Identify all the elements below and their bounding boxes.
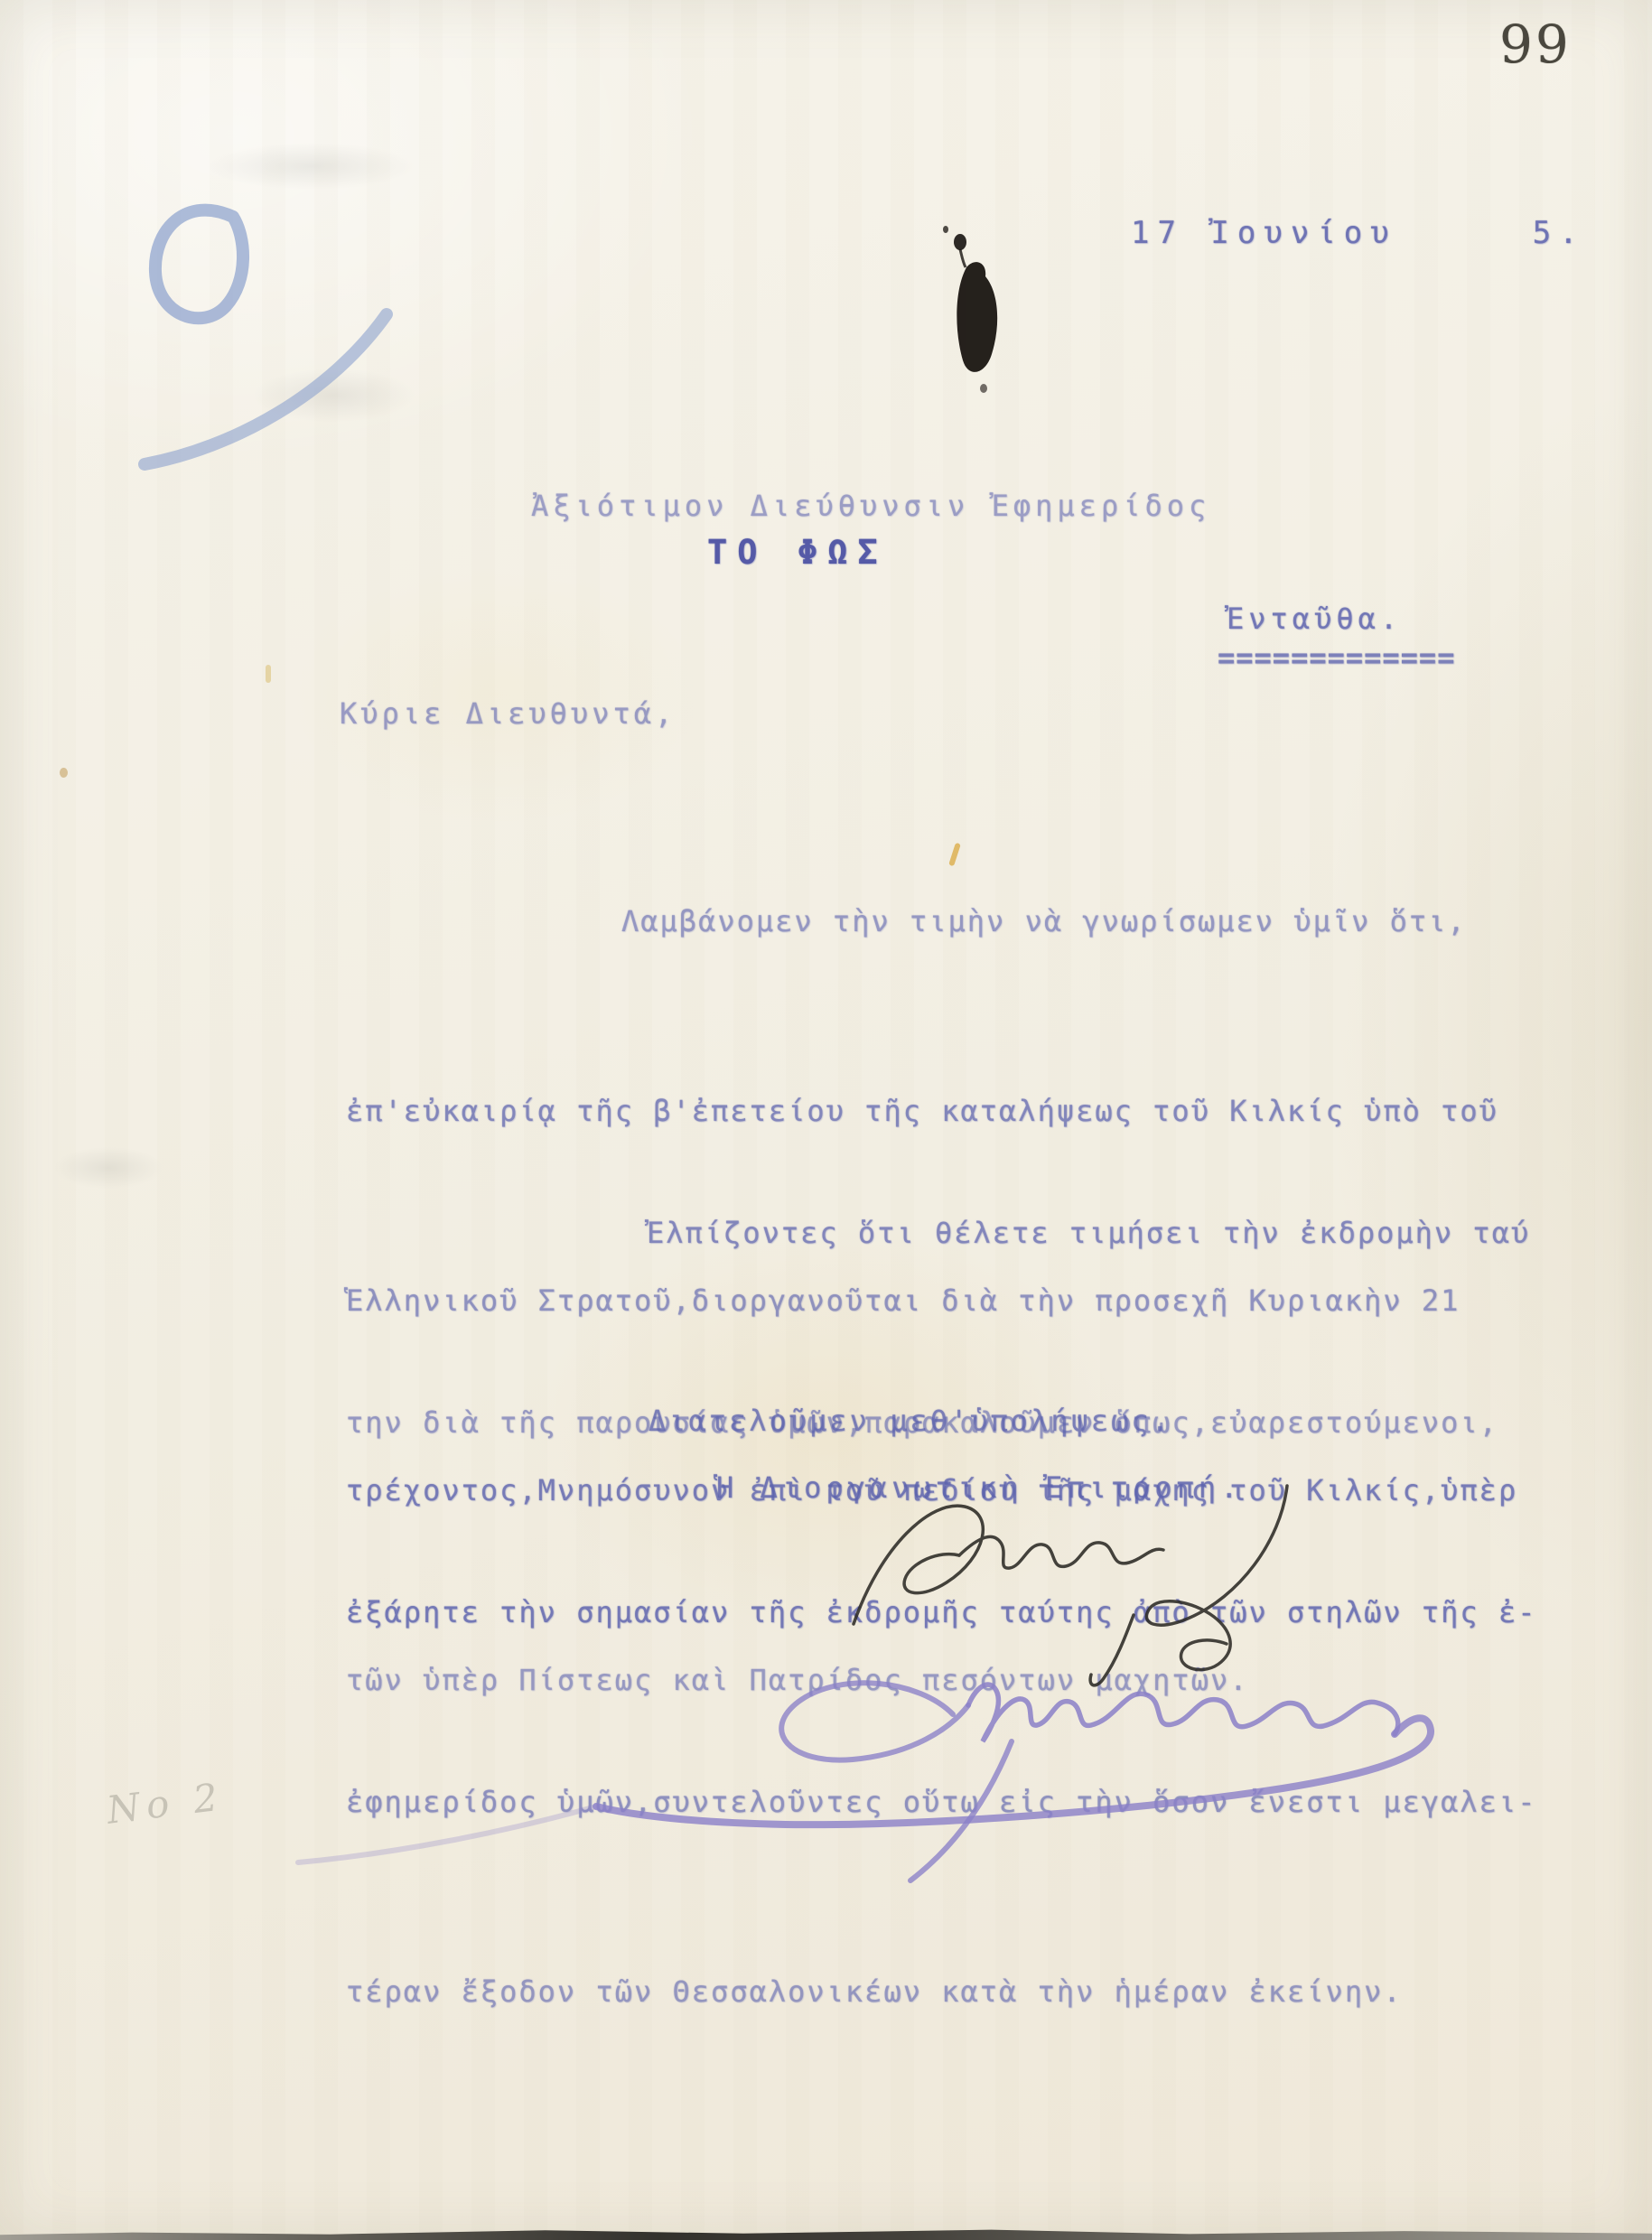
- closing-line: Διατελοῦμεν μεθ'ὑπολήψεως.: [649, 1389, 1171, 1452]
- scanned-letter-page: 99 17 Ἰουνίου 5. Ἀξιότιμον Διεύθυνσιν Ἐφ…: [0, 0, 1652, 2240]
- newspaper-name: ΤΟ ΦΩΣ: [707, 521, 888, 584]
- pencil-note: Νο 2: [103, 1765, 228, 1842]
- location-underline: =============: [1218, 626, 1455, 689]
- body-line: ἐξάρητε τὴν σημασίαν τῆς ἐκδρομῆς ταύτης…: [346, 1581, 1536, 1644]
- paper-stain-speck: [60, 768, 68, 778]
- page-number: 99: [1499, 13, 1572, 76]
- ink-blot: [943, 226, 997, 393]
- body-paragraph-2: Ἐλπίζοντες ὅτι θέλετε τιμήσει τὴν ἐκδρομ…: [346, 1075, 1536, 2150]
- body-line: Ἐλπίζοντες ὅτι θέλετε τιμήσει τὴν ἐκδρομ…: [346, 1201, 1536, 1265]
- pencil-smudge: [54, 1147, 163, 1189]
- date-line: 17 Ἰουνίου 5.: [1131, 201, 1586, 265]
- pencil-smudge: [253, 369, 415, 423]
- body-line: Λαμβάνομεν τὴν τιμὴν νὰ γνωρίσωμεν ὑμῖν …: [346, 890, 1517, 953]
- date-year: 5.: [1533, 201, 1586, 265]
- date-day-month: 17 Ἰουνίου: [1131, 201, 1397, 265]
- signatory-line: Ἡ Διοργανωτικὴ Ἐπιτροπή.: [716, 1456, 1242, 1519]
- salutation: Κύριε Διευθυντά,: [340, 682, 676, 745]
- pencil-smudge: [208, 143, 415, 190]
- scan-torn-edge: [0, 2226, 1652, 2240]
- body-line: τέραν ἔξοδον τῶν Θεσσαλονικέων κατὰ τὴν …: [346, 1960, 1536, 2023]
- paper-stain-speck: [266, 665, 271, 683]
- blue-flourish: [145, 210, 387, 464]
- body-line: ἐφημερίδος ὑμῶν,συντελοῦντες οὕτω εἰς τὴ…: [346, 1770, 1536, 1834]
